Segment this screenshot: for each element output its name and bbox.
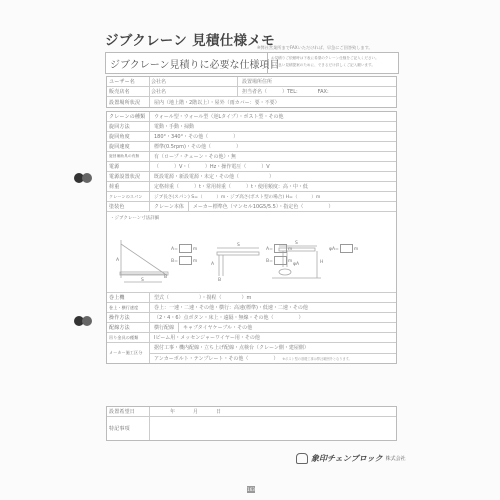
fig2-a-input[interactable]: A=m xyxy=(266,244,292,253)
row-value[interactable]: Iビーム用・メッセンジャーワイヤー用・その他 xyxy=(150,333,396,342)
table-row: 巻上・横行速度巻上：一速・二速・その他・横行：高速(標準)・低速・二速・その他 xyxy=(107,303,396,313)
row-value[interactable]: 定格荷重（ ）t・常用荷重（ ）t・使用頻度：高・中・低 xyxy=(150,182,396,191)
row-label: 設置場所状況 xyxy=(107,97,150,107)
page-number: 163 xyxy=(247,486,255,493)
row-value[interactable]: 180°・340°・その他（ ） xyxy=(150,132,396,141)
row-label: 荷重 xyxy=(107,182,150,191)
company-logo: 象印チェンブロック 株式会社 xyxy=(296,453,406,464)
row-label: 旋回角度 xyxy=(107,132,150,141)
row-value[interactable]: 有（ロープ・チェーン・その他）・無 xyxy=(150,152,396,161)
post-foundation-note: ※ポスト型の基礎工事は弊社範囲外となります。 xyxy=(282,356,351,361)
maker-work-line2[interactable]: アンカーボルト・テンプレート・その他（ ） ※ポスト型の基礎工事は弊社範囲外とな… xyxy=(150,354,396,364)
row-value[interactable]: 電動・手動・掃動 xyxy=(150,122,396,131)
site-address-field[interactable]: 設置場所住所 xyxy=(242,78,272,85)
company-field[interactable]: 会社名 xyxy=(151,77,238,86)
contact-field[interactable]: 担当者名（ ）TEL: FAX: xyxy=(242,88,329,95)
row-value[interactable]: 既設電源・新設電源・未定・その他（ ） xyxy=(150,172,396,181)
row-label: 設置希望日 xyxy=(107,407,150,416)
table-row: 設置希望日 年 月 日 xyxy=(107,407,396,417)
row-label: 旋回方法 xyxy=(107,122,150,131)
day-label: 日 xyxy=(216,408,221,415)
row-value[interactable]: 巻上：一速・二速・その他・横行：高速(標準)・低速・二速・その他 xyxy=(150,303,396,312)
table-row: 操作方法（2・4・6）点ボタン・床上・遠隔・無線・その他（ ） xyxy=(107,313,396,323)
fig3-phi-a-input[interactable]: φA=m xyxy=(329,244,358,253)
year-label: 年 xyxy=(170,408,175,415)
maker-work-value: 据付工事・機内配線・立ち上げ配線・点検台（クレーン側・建屋側） アンカーボルト・… xyxy=(150,343,396,363)
spec-table: クレーンの種類ウォール型・ウォール型（逆Lタイプ）・ポスト型・その他 旋回方法電… xyxy=(106,111,397,364)
row-label: クレーンのスパン xyxy=(107,192,150,201)
wiring-options[interactable]: キャブタイヤケーブル・その他 xyxy=(183,324,252,331)
row-label: 操作方法 xyxy=(107,313,150,322)
row-label: 電源設置状況 xyxy=(107,172,150,181)
customer-table: ユーザー名 会社名 設置場所住所 販売店名 会社名 担当者名（ ）TEL: FA… xyxy=(106,76,397,108)
fig1-b-input[interactable]: B=m xyxy=(171,256,197,265)
table-row: 巻上機型式（ ）・揚程（ ）m xyxy=(107,293,396,303)
section-heading: ジブクレーン見積りに必要な仕様項目 xyxy=(106,53,268,73)
row-value[interactable]: 型式（ ）・揚程（ ）m xyxy=(150,293,396,302)
dim-s: S xyxy=(237,243,240,248)
table-row: 吊り金具の種類Iビーム用・メッセンジャーワイヤー用・その他 xyxy=(107,333,396,343)
table-row: 販売店名 会社名 担当者名（ ）TEL: FAX: xyxy=(107,87,396,97)
dim-b: B xyxy=(164,275,167,280)
row-label: 巻上機 xyxy=(107,293,150,302)
row-value[interactable]: 屋内（地上階・2階以上）・屋外（雨カバー：要・不要） xyxy=(150,97,396,107)
row-value[interactable]: 会社名 担当者名（ ）TEL: FAX: xyxy=(150,87,396,96)
page-title: ジブクレーン 見積仕様メモ xyxy=(105,29,275,49)
instruction-line: お見積りご依頼時は下表に希望のクレーン仕様をご記入ください。 xyxy=(271,55,395,62)
table-row: 設置場所状況 屋内（地上階・2階以上）・屋外（雨カバー：要・不要） xyxy=(107,97,396,107)
row-value[interactable]: 横行配線 キャブタイヤケーブル・その他 xyxy=(150,323,396,332)
table-row: 塗装色 クレーン本体 メーカー標準色（マンセル10G5/5.5）・指定色（ ） xyxy=(107,202,396,212)
table-row: 旋回方法電動・手動・掃動 xyxy=(107,122,396,132)
table-row: メーカー施工区分 据付工事・機内配線・立ち上げ配線・点検台（クレーン側・建屋側）… xyxy=(107,343,396,363)
table-row: クレーンのスパンジブ長さ(スパン) S=（ ）m・ジブ高さ(ポスト型の場合) H… xyxy=(107,192,396,202)
row-label: 電源 xyxy=(107,162,150,171)
remarks-field[interactable] xyxy=(150,417,396,440)
table-row: 電源（ ）V・（ ）Hz・操作電圧（ ）V xyxy=(107,162,396,172)
row-label: メーカー施工区分 xyxy=(107,343,150,363)
dim-s: S xyxy=(295,241,298,246)
company-field[interactable]: 会社名 xyxy=(151,87,238,96)
elephant-logo-icon xyxy=(296,453,308,464)
dim-a: A xyxy=(211,262,214,267)
wiring-type: 横行配線 xyxy=(154,323,179,332)
row-value[interactable]: ウォール型・ウォール型（逆Lタイプ）・ポスト型・その他 xyxy=(150,112,396,121)
maker-work-line1[interactable]: 据付工事・機内配線・立ち上げ配線・点検台（クレーン側・建屋側） xyxy=(150,343,396,354)
instructions: お見積りご依頼時は下表に希望のクレーン仕様をご記入ください。 より良い見積提案の… xyxy=(268,53,398,73)
row-label: 旋回補助具の有無 xyxy=(107,152,150,161)
dim-s: S xyxy=(141,278,144,283)
fax-note: ※弊社営業所までFAXいただければ、早急にご回答致します。 xyxy=(257,45,373,51)
date-remarks-table: 設置希望日 年 月 日 特記事項 xyxy=(106,406,397,441)
table-row: 配線方法 横行配線 キャブタイヤケーブル・その他 xyxy=(107,323,396,333)
binder-ring-icon xyxy=(74,173,94,183)
header-box: ジブクレーン見積りに必要な仕様項目 お見積りご依頼時は下表に希望のクレーン仕様を… xyxy=(105,52,399,74)
document-page: ジブクレーン 見積仕様メモ ※弊社営業所までFAXいただければ、早急にご回答致し… xyxy=(0,0,500,500)
row-value[interactable]: （ ）V・（ ）Hz・操作電圧（ ）V xyxy=(150,162,396,171)
instruction-line: より良い見積提案のために、できるだけ詳しくご記入願います。 xyxy=(271,62,395,69)
dimension-section: ・ジブクレーン寸法詳細 xyxy=(107,212,396,293)
dim-phi-a: φA xyxy=(293,262,299,267)
table-row: 旋回角度180°・340°・その他（ ） xyxy=(107,132,396,142)
dim-h: H xyxy=(320,260,323,265)
row-label: 巻上・横行速度 xyxy=(107,303,150,312)
dim-a: A xyxy=(116,258,119,263)
table-row: 特記事項 xyxy=(107,417,396,440)
company-suffix: 株式会社 xyxy=(386,455,406,462)
row-label: ユーザー名 xyxy=(107,77,150,86)
row-label: クレーンの種類 xyxy=(107,112,150,121)
table-row: 電源設置状況既設電源・新設電源・未定・その他（ ） xyxy=(107,172,396,182)
row-value[interactable]: ジブ長さ(スパン) S=（ ）m・ジブ高さ(ポスト型の場合) H=（ ）m xyxy=(150,192,396,201)
row-label: 配線方法 xyxy=(107,323,150,332)
row-label: 塗装色 xyxy=(107,202,150,211)
row-value[interactable]: クレーン本体 メーカー標準色（マンセル10G5/5.5）・指定色（ ） xyxy=(150,202,396,211)
table-row: クレーンの種類ウォール型・ウォール型（逆Lタイプ）・ポスト型・その他 xyxy=(107,112,396,122)
table-row: 旋回速度標準(0.5rpm)・その他（ ） xyxy=(107,142,396,152)
brand-name: 象印チェンブロック xyxy=(311,453,383,464)
table-row: 荷重定格荷重（ ）t・常用荷重（ ）t・使用頻度：高・中・低 xyxy=(107,182,396,192)
row-label: 販売店名 xyxy=(107,87,150,96)
install-date-field[interactable]: 年 月 日 xyxy=(150,407,396,416)
row-value[interactable]: （2・4・6）点ボタン・床上・遠隔・無線・その他（ ） xyxy=(150,313,396,322)
table-row: 旋回補助具の有無有（ロープ・チェーン・その他）・無 xyxy=(107,152,396,162)
paint-color-field[interactable]: メーカー標準色（マンセル10G5/5.5）・指定色（ ） xyxy=(193,203,333,210)
table-row: ユーザー名 会社名 設置場所住所 xyxy=(107,77,396,87)
binder-ring-icon xyxy=(74,316,94,326)
row-label: 吊り金具の種類 xyxy=(107,333,150,342)
row-label: 特記事項 xyxy=(107,417,150,440)
row-value[interactable]: 標準(0.5rpm)・その他（ ） xyxy=(150,142,396,151)
month-label: 月 xyxy=(193,408,198,415)
row-value[interactable]: 会社名 設置場所住所 xyxy=(150,77,396,86)
fig1-a-input[interactable]: A=m xyxy=(171,244,197,253)
paint-target: クレーン本体 xyxy=(154,202,189,211)
fig2-b-input[interactable]: B=m xyxy=(266,256,292,265)
dim-b: B xyxy=(218,278,221,283)
row-label: 旋回速度 xyxy=(107,142,150,151)
